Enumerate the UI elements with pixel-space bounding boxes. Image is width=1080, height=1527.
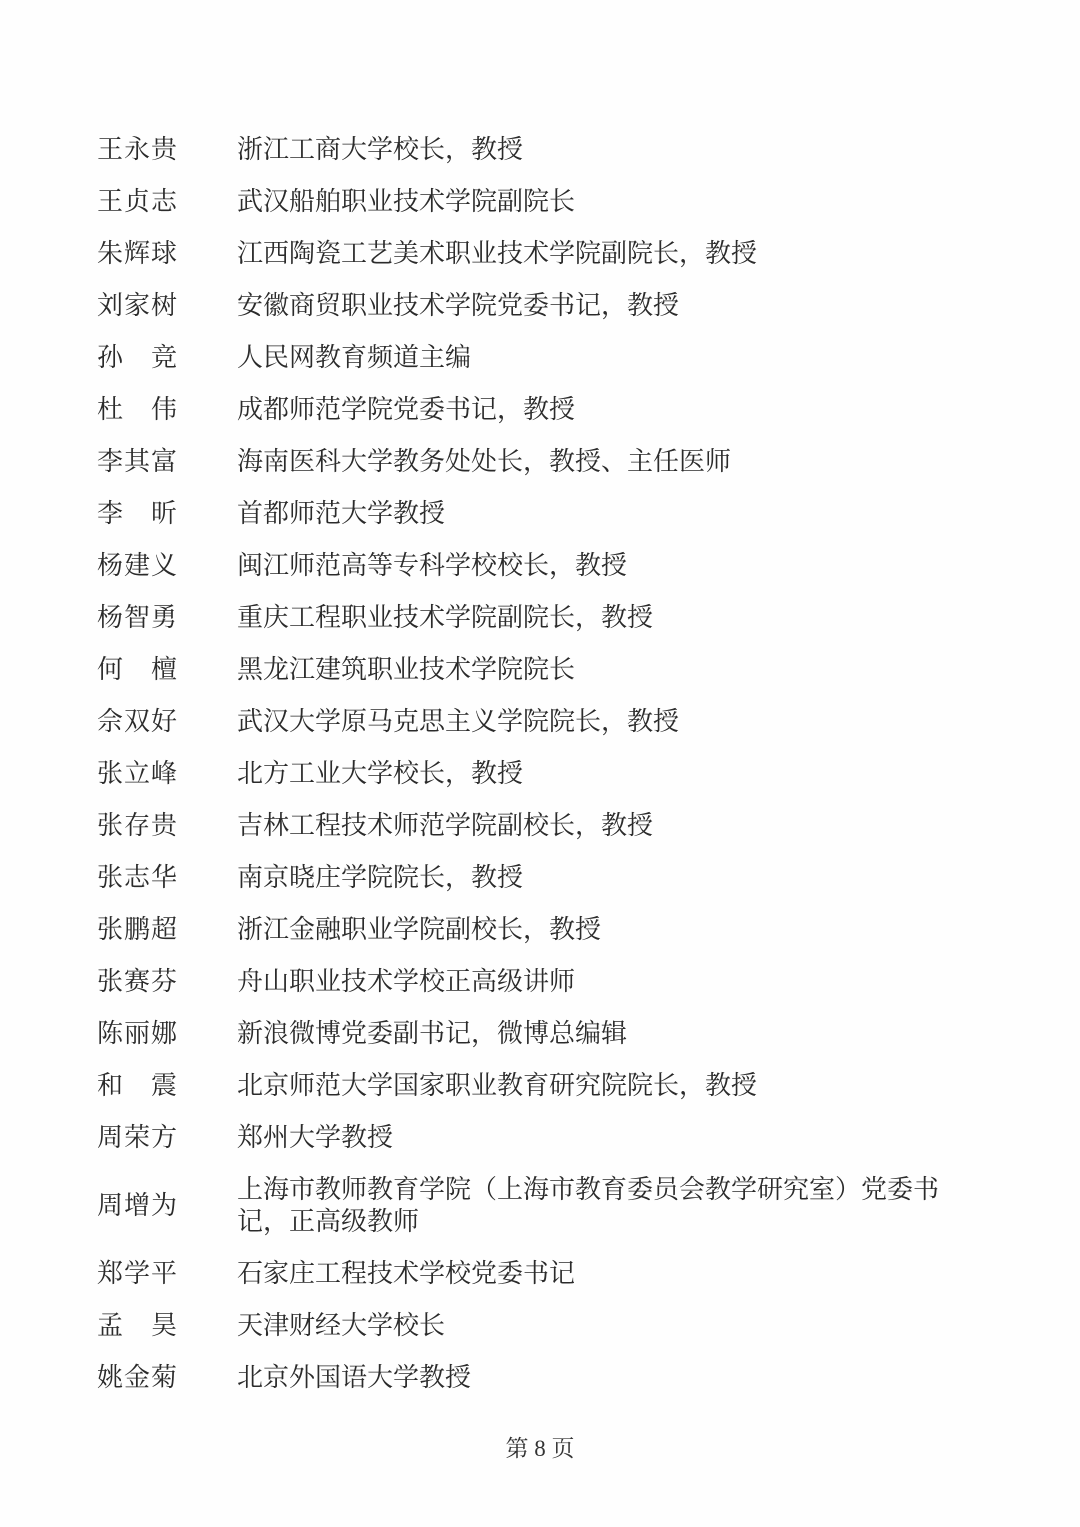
person-title: 重庆工程职业技术学院副院长，教授 — [237, 602, 943, 634]
list-item: 杨智勇 重庆工程职业技术学院副院长，教授 — [97, 602, 957, 634]
person-title: 武汉船舶职业技术学院副院长 — [237, 186, 943, 218]
person-title: 石家庄工程技术学校党委书记 — [237, 1258, 943, 1290]
list-item: 李 昕 首都师范大学教授 — [97, 498, 957, 530]
person-title: 浙江金融职业学院副校长，教授 — [237, 914, 943, 946]
list-item: 和 震 北京师范大学国家职业教育研究院院长，教授 — [97, 1070, 957, 1102]
person-name: 佘双好 — [97, 706, 181, 738]
person-title: 成都师范学院党委书记，教授 — [237, 394, 943, 426]
list-item: 王贞志 武汉船舶职业技术学院副院长 — [97, 186, 957, 218]
list-item: 何 檀 黑龙江建筑职业技术学院院长 — [97, 654, 957, 686]
person-title: 武汉大学原马克思主义学院院长，教授 — [237, 706, 943, 738]
person-name: 张鹏超 — [97, 914, 181, 946]
person-title: 闽江师范高等专科学校校长，教授 — [237, 550, 943, 582]
person-title: 黑龙江建筑职业技术学院院长 — [237, 654, 943, 686]
person-title: 安徽商贸职业技术学院党委书记，教授 — [237, 290, 943, 322]
person-title: 人民网教育频道主编 — [237, 342, 943, 374]
person-title: 海南医科大学教务处处长，教授、主任医师 — [237, 446, 943, 478]
list-item: 张鹏超 浙江金融职业学院副校长，教授 — [97, 914, 957, 946]
list-item: 李其富 海南医科大学教务处处长，教授、主任医师 — [97, 446, 957, 478]
person-title: 江西陶瓷工艺美术职业技术学院副院长，教授 — [237, 238, 943, 270]
person-name: 和 震 — [97, 1070, 181, 1102]
person-name: 姚金菊 — [97, 1362, 181, 1394]
person-title: 舟山职业技术学校正高级讲师 — [237, 966, 943, 998]
page-number: 第 8 页 — [506, 1436, 575, 1461]
person-name: 刘家树 — [97, 290, 181, 322]
list-item: 刘家树 安徽商贸职业技术学院党委书记，教授 — [97, 290, 957, 322]
person-name: 王永贵 — [97, 134, 181, 166]
person-title: 北京外国语大学教授 — [237, 1362, 943, 1394]
list-item: 佘双好 武汉大学原马克思主义学院院长，教授 — [97, 706, 957, 738]
person-title: 浙江工商大学校长，教授 — [237, 134, 943, 166]
page-footer: 第 8 页 — [0, 1434, 1080, 1464]
person-title: 郑州大学教授 — [237, 1122, 943, 1154]
person-name: 李 昕 — [97, 498, 181, 530]
person-name: 陈丽娜 — [97, 1018, 181, 1050]
person-name: 何 檀 — [97, 654, 181, 686]
person-name: 张赛芬 — [97, 966, 181, 998]
person-name: 张存贵 — [97, 810, 181, 842]
person-name: 张志华 — [97, 862, 181, 894]
list-item: 杨建义 闽江师范高等专科学校校长，教授 — [97, 550, 957, 582]
list-item: 陈丽娜 新浪微博党委副书记，微博总编辑 — [97, 1018, 957, 1050]
list-item: 朱辉球 江西陶瓷工艺美术职业技术学院副院长，教授 — [97, 238, 957, 270]
person-name: 杨智勇 — [97, 602, 181, 634]
person-title: 北京师范大学国家职业教育研究院院长，教授 — [237, 1070, 943, 1102]
person-name: 周荣方 — [97, 1122, 181, 1154]
name-title-list: 王永贵 浙江工商大学校长，教授 王贞志 武汉船舶职业技术学院副院长 朱辉球 江西… — [97, 134, 957, 1414]
person-name: 杜 伟 — [97, 394, 181, 426]
person-title: 天津财经大学校长 — [237, 1310, 943, 1342]
person-name: 郑学平 — [97, 1258, 181, 1290]
person-title: 吉林工程技术师范学院副校长，教授 — [237, 810, 943, 842]
list-item: 张立峰 北方工业大学校长，教授 — [97, 758, 957, 790]
person-title: 北方工业大学校长，教授 — [237, 758, 943, 790]
list-item: 孙 竞 人民网教育频道主编 — [97, 342, 957, 374]
person-name: 杨建义 — [97, 550, 181, 582]
list-item: 周荣方 郑州大学教授 — [97, 1122, 957, 1154]
person-name: 孙 竞 — [97, 342, 181, 374]
list-item: 郑学平 石家庄工程技术学校党委书记 — [97, 1258, 957, 1290]
list-item: 杜 伟 成都师范学院党委书记，教授 — [97, 394, 957, 426]
person-name: 张立峰 — [97, 758, 181, 790]
person-name: 李其富 — [97, 446, 181, 478]
person-name: 朱辉球 — [97, 238, 181, 270]
list-item: 张存贵 吉林工程技术师范学院副校长，教授 — [97, 810, 957, 842]
list-item: 王永贵 浙江工商大学校长，教授 — [97, 134, 957, 166]
list-item: 孟 昊 天津财经大学校长 — [97, 1310, 957, 1342]
person-name: 孟 昊 — [97, 1310, 181, 1342]
person-title: 上海市教师教育学院（上海市教育委员会教学研究室）党委书记，正高级教师 — [237, 1174, 943, 1238]
list-item: 姚金菊 北京外国语大学教授 — [97, 1362, 957, 1394]
person-name: 周增为 — [97, 1190, 181, 1222]
document-page: 王永贵 浙江工商大学校长，教授 王贞志 武汉船舶职业技术学院副院长 朱辉球 江西… — [0, 0, 1080, 1527]
list-item: 张志华 南京晓庄学院院长，教授 — [97, 862, 957, 894]
person-title: 新浪微博党委副书记，微博总编辑 — [237, 1018, 943, 1050]
person-title: 首都师范大学教授 — [237, 498, 943, 530]
list-item: 周增为 上海市教师教育学院（上海市教育委员会教学研究室）党委书记，正高级教师 — [97, 1174, 957, 1238]
person-title: 南京晓庄学院院长，教授 — [237, 862, 943, 894]
list-item: 张赛芬 舟山职业技术学校正高级讲师 — [97, 966, 957, 998]
person-name: 王贞志 — [97, 186, 181, 218]
